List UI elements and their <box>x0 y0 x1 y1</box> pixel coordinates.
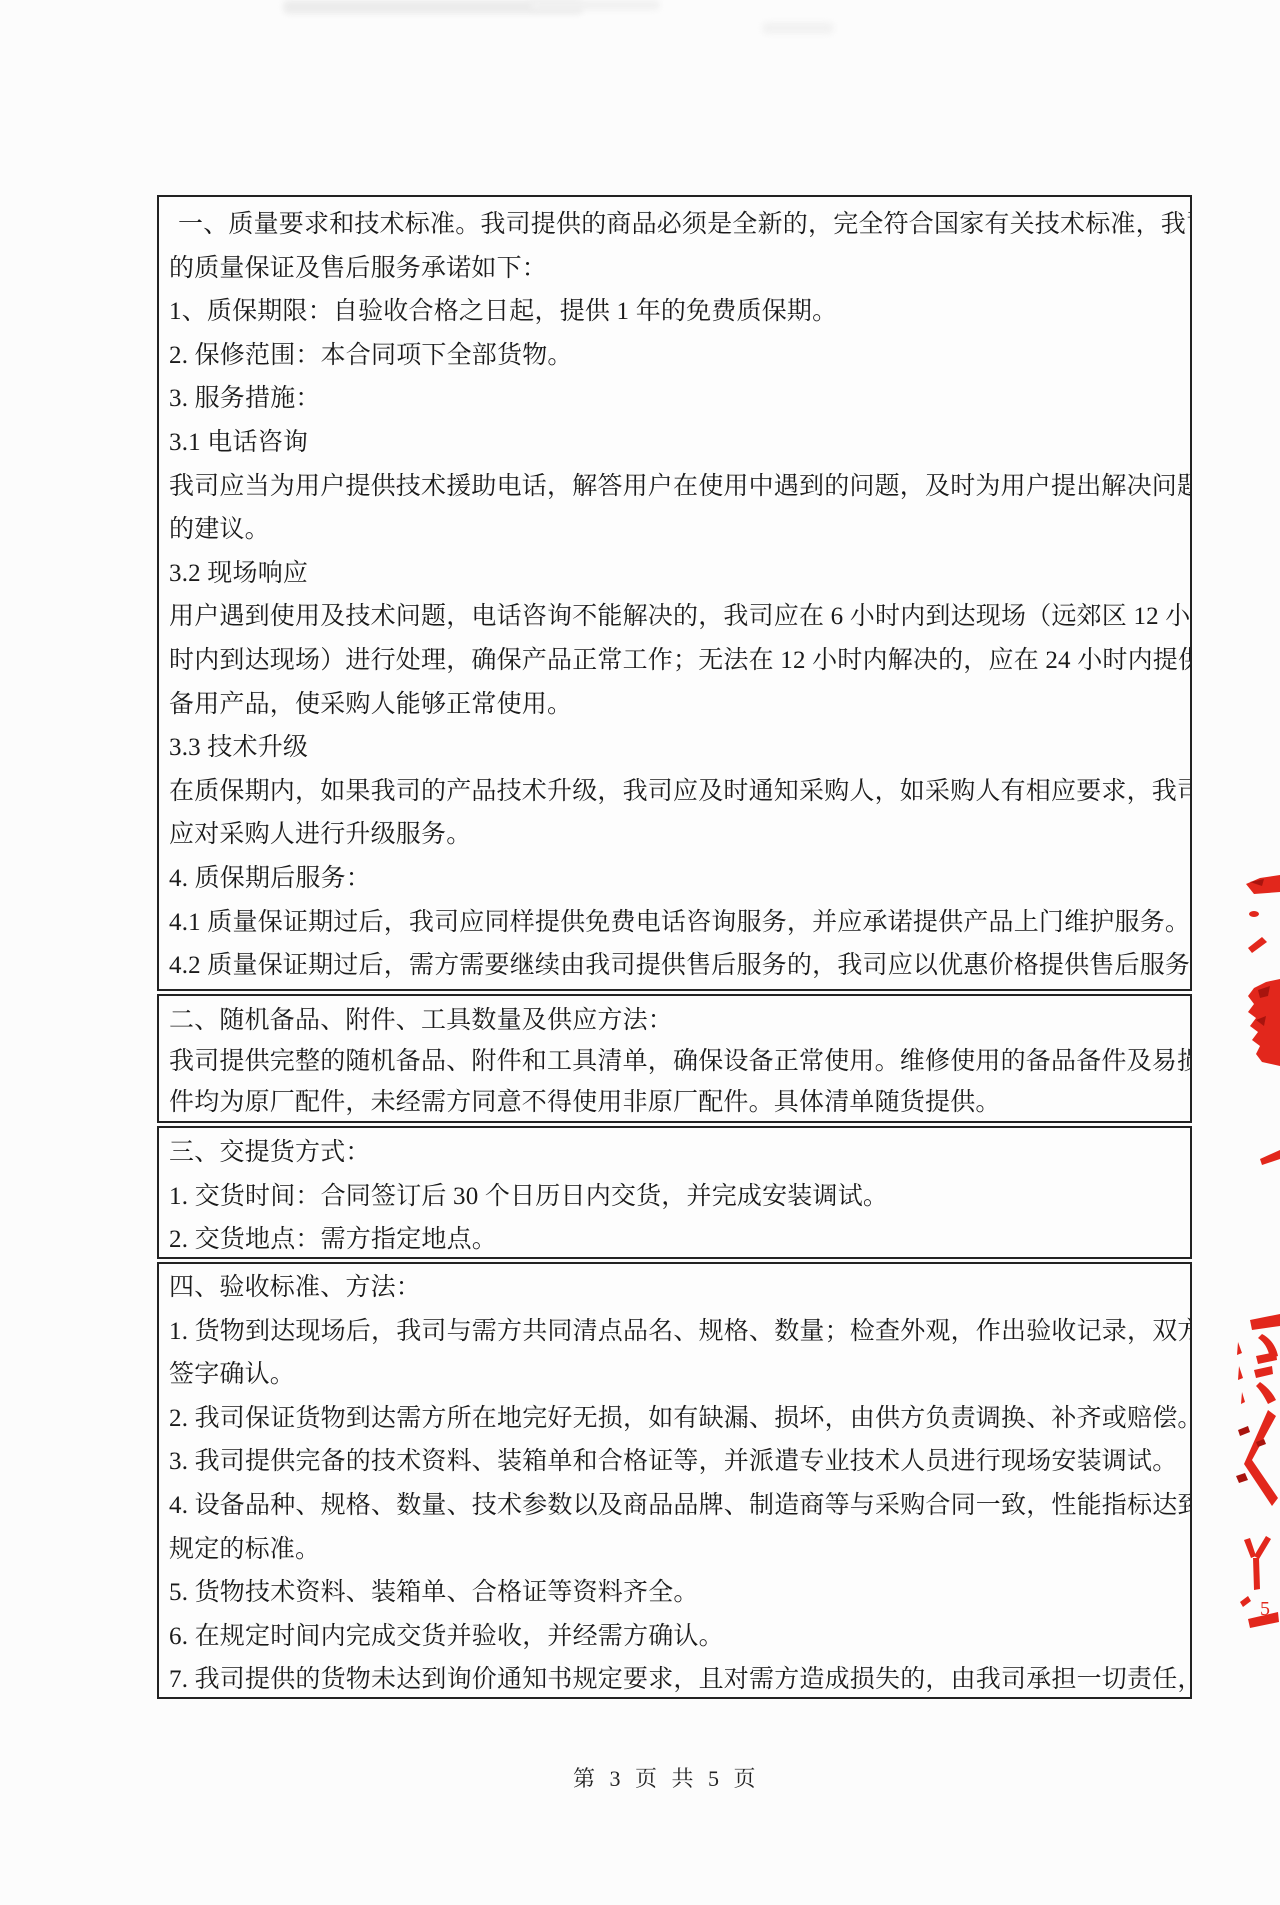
text-line: 3. 服务措施： <box>169 377 1184 421</box>
text-line: 6. 在规定时间内完成交货并验收，并经需方确认。 <box>169 1615 1184 1659</box>
text-line: 三、交提货方式： <box>169 1131 1184 1175</box>
text-line: 应对采购人进行升级服务。 <box>169 813 1184 857</box>
text-line: 7. 我司提供的货物未达到询价通知书规定要求，且对需方造成损失的，由我司承担一切… <box>169 1658 1184 1699</box>
contract-section-acceptance: 四、验收标准、方法：1. 货物到达现场后，我司与需方共同清点品名、规格、数量；检… <box>157 1262 1192 1699</box>
text-line: 4.1 质量保证期过后，我司应同样提供免费电话咨询服务，并应承诺提供产品上门维护… <box>169 901 1184 945</box>
text-line: 签字确认。 <box>169 1353 1184 1397</box>
text-line: 2. 交货地点：需方指定地点。 <box>169 1218 1184 1259</box>
text-line: 4. 质保期后服务： <box>169 857 1184 901</box>
text-line: 时内到达现场）进行处理，确保产品正常工作；无法在 12 小时内解决的，应在 24… <box>169 639 1184 683</box>
text-line: 备用产品，使采购人能够正常使用。 <box>169 683 1184 727</box>
text-line: 1. 货物到达现场后，我司与需方共同清点品名、规格、数量；检查外观，作出验收记录… <box>169 1310 1184 1354</box>
text-line: 我司应当为用户提供技术援助电话，解答用户在使用中遇到的问题，及时为用户提出解决问… <box>169 465 1184 509</box>
contract-section-quality: 一、质量要求和技术标准。我司提供的商品必须是全新的，完全符合国家有关技术标准，我… <box>157 195 1192 991</box>
scan-smudge <box>762 22 834 34</box>
text-line: 的建议。 <box>169 508 1184 552</box>
text-line: 一、质量要求和技术标准。我司提供的商品必须是全新的，完全符合国家有关技术标准，我… <box>169 203 1184 247</box>
page-number: 第 3 页 共 5 页 <box>573 1762 758 1793</box>
red-stamp-fragment-upper <box>1240 870 1280 1170</box>
text-line: 3.3 技术升级 <box>169 726 1184 770</box>
text-line: 5. 货物技术资料、装箱单、合格证等资料齐全。 <box>169 1571 1184 1615</box>
text-line: 在质保期内，如果我司的产品技术升级，我司应及时通知采购人，如采购人有相应要求，我… <box>169 770 1184 814</box>
text-line: 我司提供完整的随机备品、附件和工具清单，确保设备正常使用。维修使用的备品备件及易… <box>169 1041 1184 1082</box>
stamp-digit: 5 <box>1260 1598 1270 1620</box>
text-line: 的质量保证及售后服务承诺如下： <box>169 247 1184 291</box>
section-lines: 一、质量要求和技术标准。我司提供的商品必须是全新的，完全符合国家有关技术标准，我… <box>169 203 1184 988</box>
text-line: 四、验收标准、方法： <box>169 1266 1184 1310</box>
contract-section-spare-parts: 二、随机备品、附件、工具数量及供应方法：我司提供完整的随机备品、附件和工具清单，… <box>157 994 1192 1123</box>
text-line: 用户遇到使用及技术问题，电话咨询不能解决的，我司应在 6 小时内到达现场（远郊区… <box>169 595 1184 639</box>
text-line: 2. 保修范围：本合同项下全部货物。 <box>169 334 1184 378</box>
contract-section-delivery: 三、交提货方式：1. 交货时间：合同签订后 30 个日历日内交货，并完成安装调试… <box>157 1126 1192 1259</box>
red-stamp-fragment-lower: 5 <box>1232 1312 1280 1632</box>
text-line: 二、随机备品、附件、工具数量及供应方法： <box>169 1000 1184 1041</box>
section-lines: 四、验收标准、方法：1. 货物到达现场后，我司与需方共同清点品名、规格、数量；检… <box>169 1266 1184 1699</box>
text-line: 4. 设备品种、规格、数量、技术参数以及商品品牌、制造商等与采购合同一致，性能指… <box>169 1484 1184 1528</box>
text-line: 1. 交货时间：合同签订后 30 个日历日内交货，并完成安装调试。 <box>169 1175 1184 1219</box>
section-lines: 二、随机备品、附件、工具数量及供应方法：我司提供完整的随机备品、附件和工具清单，… <box>169 1000 1184 1123</box>
text-line: 规定的标准。 <box>169 1528 1184 1572</box>
text-line: 3.2 现场响应 <box>169 552 1184 596</box>
scan-smudge <box>530 0 660 10</box>
text-line: 3.1 电话咨询 <box>169 421 1184 465</box>
text-line: 4.2 质量保证期过后，需方需要继续由我司提供售后服务的，我司应以优惠价格提供售… <box>169 944 1184 988</box>
text-line: 3. 我司提供完备的技术资料、装箱单和合格证等，并派遣专业技术人员进行现场安装调… <box>169 1440 1184 1484</box>
text-line: 2. 我司保证货物到达需方所在地完好无损，如有缺漏、损坏，由供方负责调换、补齐或… <box>169 1397 1184 1441</box>
text-line: 1、质保期限：自验收合格之日起，提供 1 年的免费质保期。 <box>169 290 1184 334</box>
text-line: 件均为原厂配件，未经需方同意不得使用非原厂配件。具体清单随货提供。 <box>169 1082 1184 1123</box>
document-page: 一、质量要求和技术标准。我司提供的商品必须是全新的，完全符合国家有关技术标准，我… <box>0 0 1280 1905</box>
section-lines: 三、交提货方式：1. 交货时间：合同签订后 30 个日历日内交货，并完成安装调试… <box>169 1131 1184 1259</box>
